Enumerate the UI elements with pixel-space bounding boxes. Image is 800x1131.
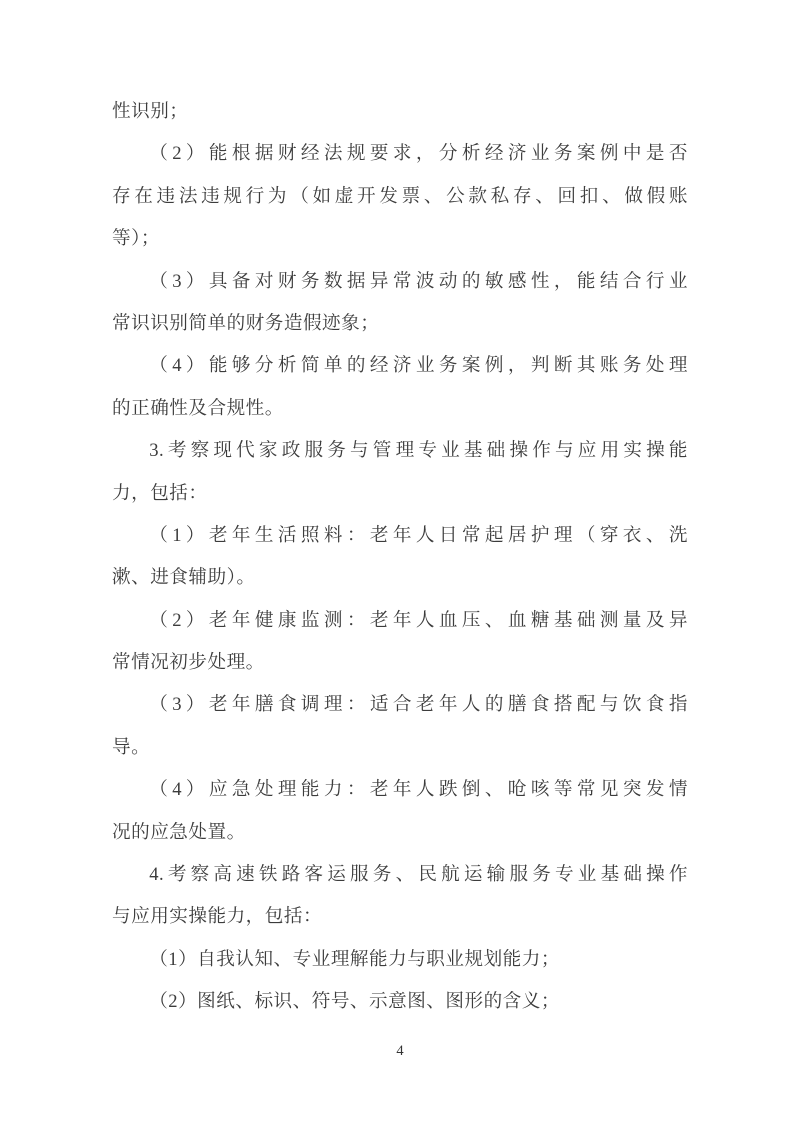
text-line: 存在违法违规行为（如虚开发票、公款私存、回扣、做假账 xyxy=(112,176,688,218)
text-line: 4.考察高速铁路客运服务、民航运输服务专业基础操作 xyxy=(112,854,688,896)
text-line: （2）能根据财经法规要求，分析经济业务案例中是否 xyxy=(112,133,688,175)
document-page: 性识别；（2）能根据财经法规要求，分析经济业务案例中是否存在违法违规行为（如虚开… xyxy=(0,0,800,1131)
text-line: （2）图纸、标识、符号、示意图、图形的含义； xyxy=(112,981,688,1023)
document-body: 性识别；（2）能根据财经法规要求，分析经济业务案例中是否存在违法违规行为（如虚开… xyxy=(112,91,688,1024)
text-line: 等）； xyxy=(112,218,688,260)
text-line: 常识识别简单的财务造假迹象； xyxy=(112,303,688,345)
text-line: （1）老年生活照料：老年人日常起居护理（穿衣、洗 xyxy=(112,515,688,557)
text-line: 常情况初步处理。 xyxy=(112,642,688,684)
page-number: 4 xyxy=(396,1043,403,1059)
text-line: 的正确性及合规性。 xyxy=(112,388,688,430)
text-line: 性识别； xyxy=(112,91,688,133)
text-line: 3.考察现代家政服务与管理专业基础操作与应用实操能 xyxy=(112,430,688,472)
text-line: 与应用实操能力，包括： xyxy=(112,896,688,938)
text-line: 导。 xyxy=(112,727,688,769)
text-line: （3）老年膳食调理：适合老年人的膳食搭配与饮食指 xyxy=(112,684,688,726)
page-footer: 4 xyxy=(0,1043,800,1060)
text-line: （4）能够分析简单的经济业务案例，判断其账务处理 xyxy=(112,345,688,387)
text-line: 况的应急处置。 xyxy=(112,812,688,854)
text-line: （2）老年健康监测：老年人血压、血糖基础测量及异 xyxy=(112,600,688,642)
text-line: 力，包括： xyxy=(112,473,688,515)
text-line: （3）具备对财务数据异常波动的敏感性，能结合行业 xyxy=(112,261,688,303)
text-line: 漱、进食辅助）。 xyxy=(112,557,688,599)
text-line: （1）自我认知、专业理解能力与职业规划能力； xyxy=(112,939,688,981)
text-line: （4）应急处理能力：老年人跌倒、呛咳等常见突发情 xyxy=(112,769,688,811)
